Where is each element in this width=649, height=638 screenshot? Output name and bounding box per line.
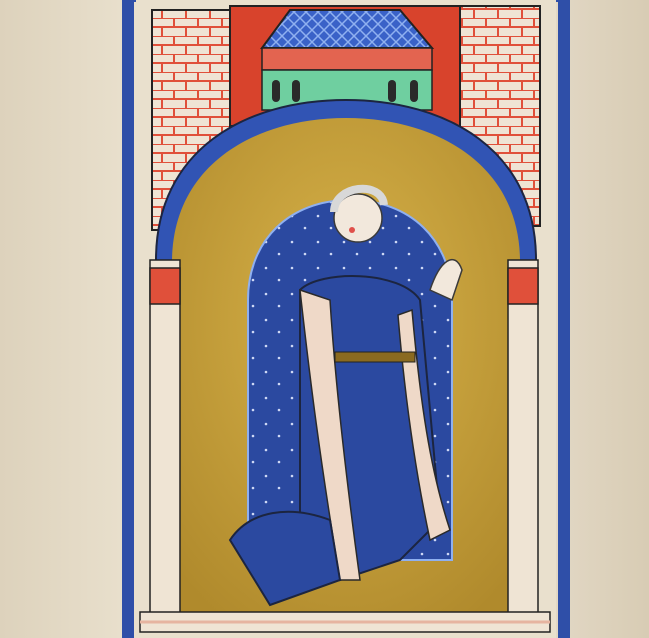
right-column bbox=[508, 260, 538, 620]
left-column bbox=[150, 260, 180, 620]
illumination bbox=[0, 0, 649, 638]
